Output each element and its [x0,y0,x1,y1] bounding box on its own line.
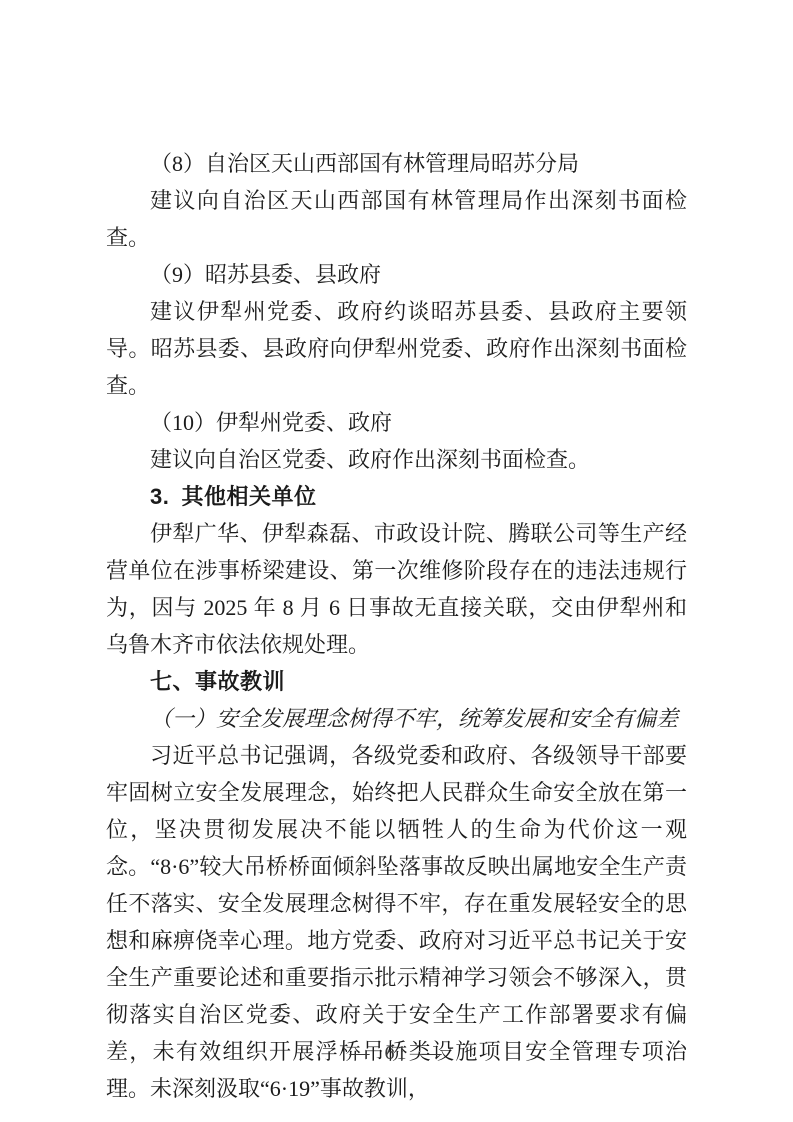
recommendation-8-title: （8）自治区天山西部国有林管理局昭苏分局 [106,145,687,182]
paragraph-other-related-units: 伊犁广华、伊犁森磊、市政设计院、腾联公司等生产经营单位在涉事桥梁建设、第一次维修… [106,515,687,663]
document-page: （8）自治区天山西部国有林管理局昭苏分局 建议向自治区天山西部国有林管理局作出深… [0,0,793,1122]
recommendation-10-title: （10）伊犁州党委、政府 [106,404,687,441]
document-content: （8）自治区天山西部国有林管理局昭苏分局 建议向自治区天山西部国有林管理局作出深… [106,145,687,1107]
heading-number: 3. [150,484,169,509]
page-number: — 61 — [350,1042,444,1064]
page-footer: — 61 — [0,1042,793,1065]
heading-label: 其他相关单位 [181,484,316,509]
recommendation-9-body: 建议伊犁州党委、政府约谈昭苏县委、县政府主要领导。昭苏县委、县政府向伊犁州党委、… [106,293,687,404]
heading-accident-lessons: 七、事故教训 [106,663,687,700]
heading-lesson-one: （一）安全发展理念树得不牢，统筹发展和安全有偏差 [106,700,687,737]
recommendation-9-title: （9）昭苏县委、县政府 [106,256,687,293]
recommendation-10-body: 建议向自治区党委、政府作出深刻书面检查。 [106,441,687,478]
recommendation-8-body: 建议向自治区天山西部国有林管理局作出深刻书面检查。 [106,182,687,256]
heading-other-related-units: 3.其他相关单位 [106,478,687,515]
